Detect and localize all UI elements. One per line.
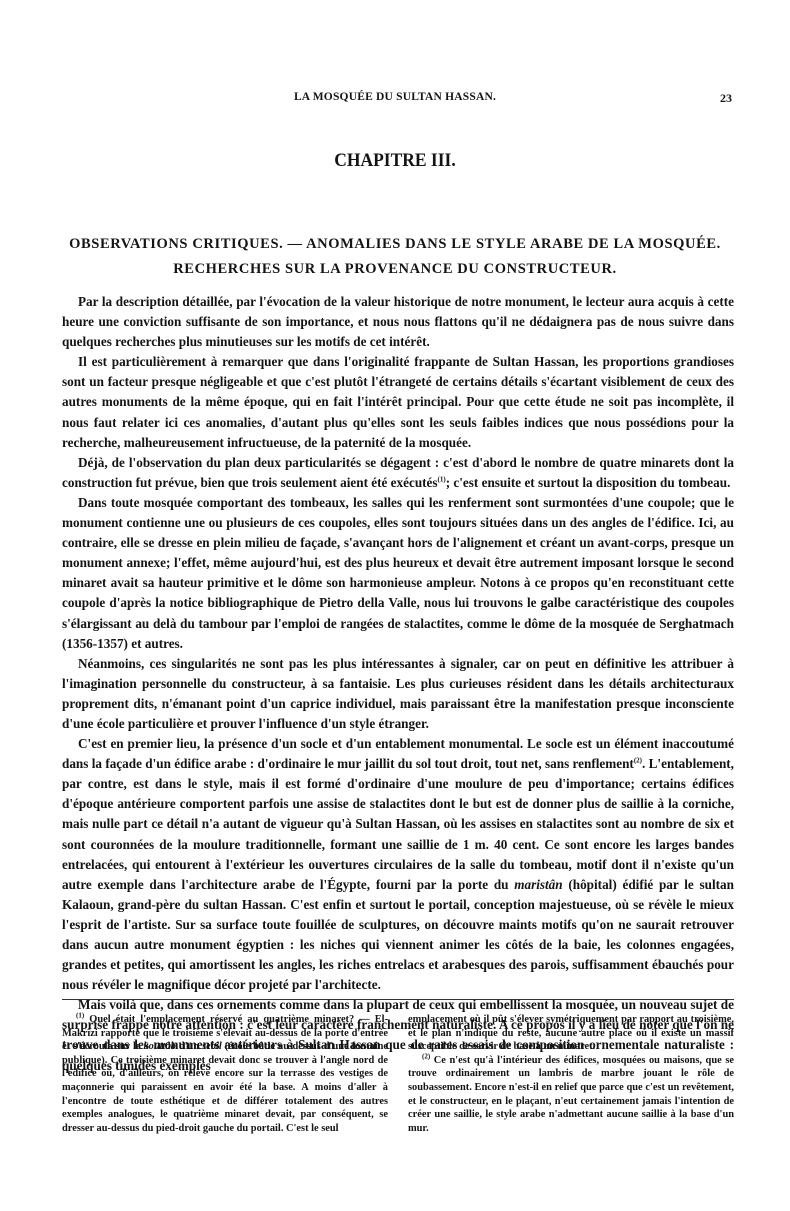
paragraph-text: ; c'est ensuite et surtout la dispositio… — [446, 475, 731, 490]
paragraph-text: C'est en premier lieu, la présence d'un … — [62, 736, 734, 771]
footnote-1-continuation: emplacement où il pût s'élever symétriqu… — [408, 1013, 734, 1054]
chapter-subtitle-line-2: RECHERCHES SUR LA PROVENANCE DU CONSTRUC… — [0, 261, 790, 278]
running-head: LA MOSQUÉE DU SULTAN HASSAN. — [0, 91, 790, 103]
footnote-1: (1) Quel était l'emplacement réservé au … — [62, 1013, 388, 1135]
body-text: Par la description détaillée, par l'évoc… — [62, 292, 734, 1076]
footnote-text: Ce n'est qu'à l'intérieur des édifices, … — [408, 1055, 734, 1134]
paragraph: Déjà, de l'observation du plan deux part… — [62, 453, 734, 493]
paragraph: Par la description détaillée, par l'évoc… — [62, 292, 734, 352]
footnote-ref-1[interactable]: (1) — [438, 475, 446, 483]
italic-term: sebîl — [202, 1041, 222, 1052]
footnote-ref-2[interactable]: (2) — [634, 757, 642, 765]
page-number: 23 — [702, 91, 732, 106]
footnotes: (1) Quel était l'emplacement réservé au … — [62, 1013, 734, 1135]
footnote-marker-2: (2) — [422, 1052, 430, 1060]
paragraph: Il est particulièrement à remarquer que … — [62, 352, 734, 452]
paragraph: Néanmoins, ces singularités ne sont pas … — [62, 654, 734, 734]
footnote-column-left: (1) Quel était l'emplacement réservé au … — [62, 1013, 388, 1135]
paragraph: Dans toute mosquée comportant des tombea… — [62, 493, 734, 654]
footnote-text: d'un — [176, 1041, 202, 1052]
footnote-column-right: emplacement où il pût s'élever symétriqu… — [408, 1013, 734, 1135]
italic-term: maristân — [514, 877, 562, 892]
footnote-2: (2) Ce n'est qu'à l'intérieur des édific… — [408, 1054, 734, 1136]
paragraph-text: (hôpital) édifié par le sultan Kalaoun, … — [62, 877, 734, 992]
footnote-marker-1: (1) — [76, 1012, 84, 1020]
footnote-divider — [62, 999, 734, 1000]
paragraph: C'est en premier lieu, la présence d'un … — [62, 734, 734, 995]
chapter-subtitle-line-1: OBSERVATIONS CRITIQUES. — ANOMALIES DANS… — [0, 236, 790, 253]
chapter-title: CHAPITRE III. — [32, 150, 759, 172]
italic-term: kouttâb — [143, 1041, 175, 1052]
paragraph-text: . L'entablement, par contre, est dans le… — [62, 756, 734, 892]
footnote-text: (école bâtie au-dessus d'une fontaine pu… — [62, 1041, 388, 1134]
